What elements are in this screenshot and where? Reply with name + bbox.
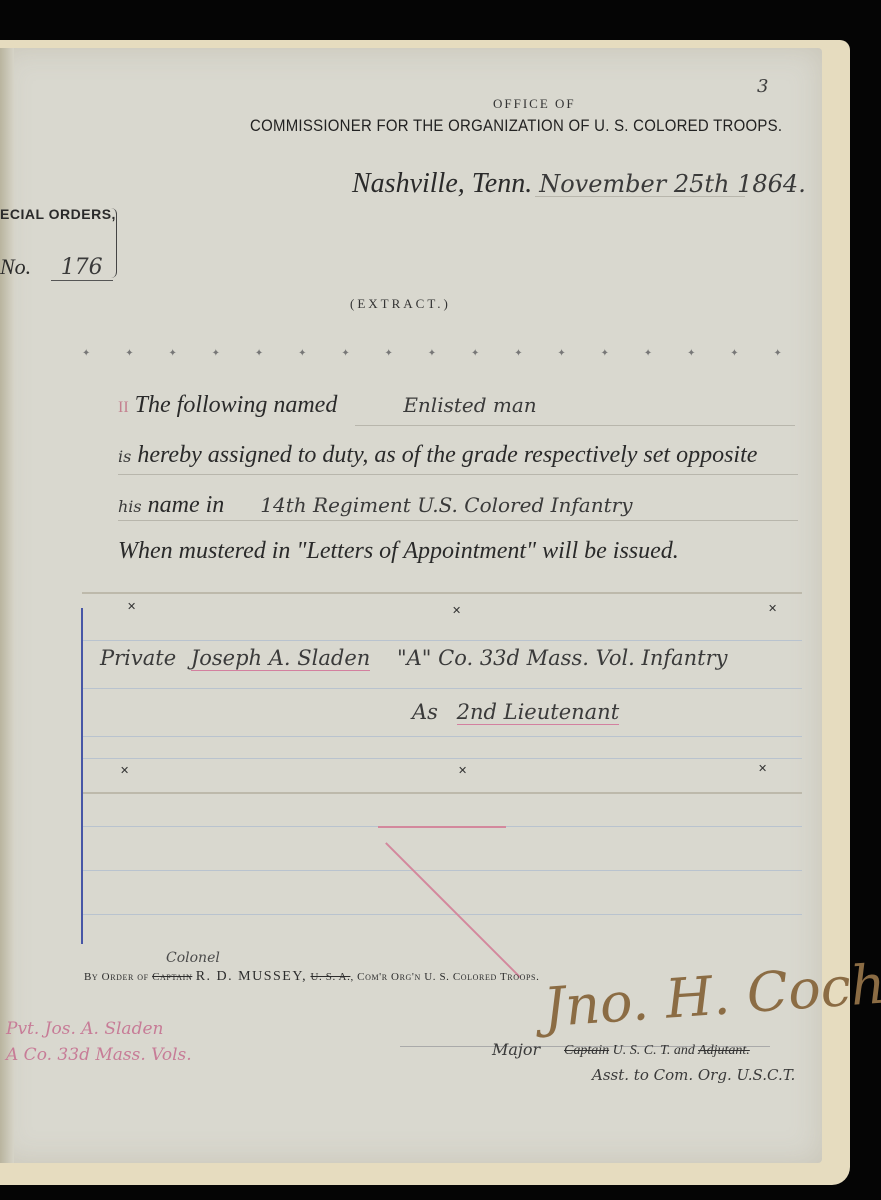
special-orders-label: ECIAL ORDERS,	[0, 206, 116, 222]
line3-filled: 14th Regiment U.S. Colored Infantry	[260, 493, 632, 517]
section-roman: II	[118, 399, 129, 416]
line3-printed: name in	[148, 492, 225, 518]
inserted-rank-colonel: Colonel	[166, 950, 220, 966]
line1-rule	[355, 425, 795, 426]
red-dash-line	[378, 826, 506, 828]
assignment-name: Joseph A. Sladen	[191, 646, 370, 671]
cross-mark: ✕	[120, 764, 129, 777]
cross-mark: ✕	[758, 762, 767, 775]
assignment-unit: "A" Co. 33d Mass. Vol. Infantry	[397, 646, 728, 670]
body-line-3: his name in 14th Regiment U.S. Colored I…	[118, 492, 633, 519]
order-number: No. 176	[0, 254, 113, 280]
struck-title-2: Adjutant.	[698, 1043, 750, 1058]
letterhead-office-of: OFFICE OF	[493, 96, 576, 112]
margin-note-line-1: Pvt. Jos. A. Sladen	[6, 1016, 192, 1042]
inserted-rank-major: Major	[492, 1040, 540, 1059]
orders-bracket	[108, 208, 117, 278]
ruled-line	[82, 736, 802, 737]
line2-prefix: is	[118, 447, 131, 466]
assignment-grade-line: As 2nd Lieutenant	[412, 700, 619, 724]
margin-note: Pvt. Jos. A. Sladen A Co. 33d Mass. Vols…	[6, 1016, 192, 1068]
struck-rank: Captain	[152, 971, 192, 983]
ruled-line	[82, 914, 802, 915]
assignment-line: Private Joseph A. Sladen "A" Co. 33d Mas…	[100, 646, 728, 670]
signatory-subtitle: Asst. to Com. Org. U.S.C.T.	[592, 1066, 795, 1084]
by-order-line: By Order of Captain R. D. MUSSEY, U. S. …	[84, 969, 539, 985]
order-number-value: 176	[51, 255, 113, 281]
assignment-grade: 2nd Lieutenant	[457, 700, 620, 725]
dateline-date: November 25th 1864.	[539, 170, 806, 198]
ruled-line	[82, 758, 802, 759]
line2-rule	[118, 474, 798, 475]
line3-prefix: his	[118, 497, 142, 516]
cross-mark: ✕	[768, 602, 777, 615]
margin-note-line-2: A Co. 33d Mass. Vols.	[6, 1042, 192, 1068]
line4-printed: When mustered in "Letters of Appointment…	[118, 538, 679, 564]
dateline-place: Nashville, Tenn.	[352, 168, 532, 199]
commander-name: R. D. MUSSEY,	[196, 969, 307, 984]
dotted-separator: ✦✦✦✦✦✦✦✦✦✦✦✦✦✦✦✦✦	[82, 348, 782, 359]
body-line-4: When mustered in "Letters of Appointment…	[118, 538, 679, 565]
order-number-prefix: No.	[0, 254, 31, 279]
struck-title: Captain	[564, 1043, 609, 1058]
struck-suffix: U. S. A.	[310, 971, 350, 983]
by-order-suffix: , Com'r Org'n U. S. Colored Troops.	[350, 971, 539, 983]
date-underline	[535, 196, 745, 197]
letterhead-commissioner: COMMISSIONER FOR THE ORGANIZATION OF U. …	[250, 116, 782, 136]
page-number: 3	[757, 76, 768, 97]
by-order-prefix: By Order of	[84, 971, 149, 983]
cross-mark: ✕	[458, 764, 467, 777]
cross-mark: ✕	[452, 604, 461, 617]
body-line-2: is hereby assigned to duty, as of the gr…	[118, 442, 757, 469]
line3-rule	[118, 520, 798, 521]
body-line-1: II The following named Enlisted man	[118, 392, 537, 419]
ruled-line	[82, 640, 802, 641]
signatory-title: Captain U. S. C. T. and Adjutant.	[564, 1043, 750, 1059]
assignment-rank: Private	[100, 646, 176, 670]
ruled-line	[82, 688, 802, 689]
ruled-line	[82, 870, 802, 871]
extract-label: (EXTRACT.)	[350, 296, 451, 312]
page-fold	[82, 592, 802, 594]
title-text: U. S. C. T. and	[613, 1043, 695, 1058]
line2-printed: hereby assigned to duty, as of the grade…	[137, 442, 757, 468]
page-fold	[82, 792, 802, 794]
line1-printed: The following named	[135, 392, 338, 418]
margin-line	[81, 608, 83, 944]
line1-filled: Enlisted man	[403, 393, 536, 417]
cross-mark: ✕	[127, 600, 136, 613]
assignment-as: As	[412, 700, 438, 724]
